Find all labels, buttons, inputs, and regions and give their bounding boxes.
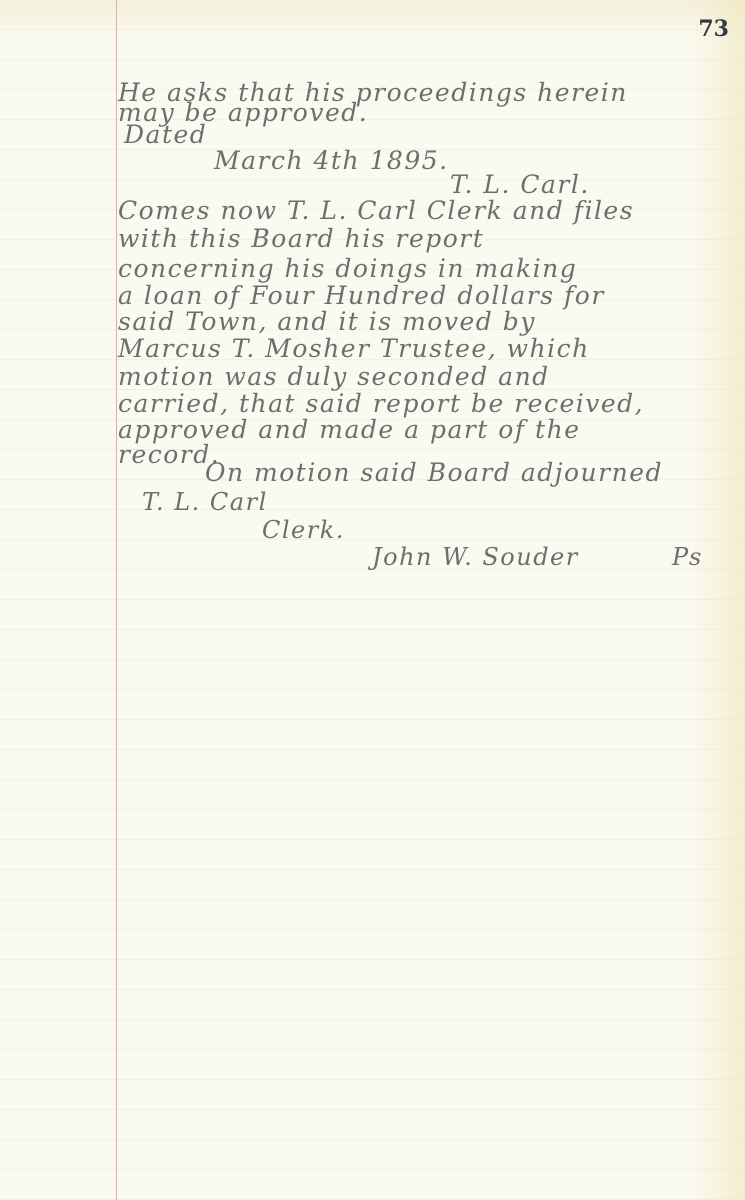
handwritten-line-7: with this Board his report bbox=[118, 226, 484, 251]
handwritten-line-6: Comes now T. L. Carl Clerk and files bbox=[118, 198, 634, 223]
ledger-page: 73 He asks that his proceedings herein m… bbox=[0, 0, 745, 1200]
date-line: March 4th 1895. bbox=[214, 148, 449, 173]
clerk-title: Clerk. bbox=[262, 518, 345, 542]
president-signature: John W. Souder bbox=[372, 545, 579, 569]
handwritten-line-9: a loan of Four Hundred dollars for bbox=[118, 283, 605, 308]
red-margin-line bbox=[116, 0, 117, 1200]
handwritten-line-11: Marcus T. Mosher Trustee, which bbox=[118, 336, 590, 361]
page-number: 73 bbox=[698, 16, 729, 42]
clerk-signature: T. L. Carl bbox=[142, 490, 268, 514]
handwritten-line-8: concerning his doings in making bbox=[118, 256, 577, 281]
handwritten-line-3: Dated bbox=[124, 122, 207, 147]
president-title: Ps bbox=[672, 545, 703, 569]
handwritten-line-13: carried, that said report be received, bbox=[118, 391, 644, 416]
date-signature: T. L. Carl. bbox=[450, 172, 590, 197]
handwritten-line-12: motion was duly seconded and bbox=[118, 364, 550, 389]
adjournment-line: On motion said Board adjourned bbox=[205, 460, 663, 485]
handwritten-line-14: approved and made a part of the bbox=[118, 417, 581, 442]
handwritten-line-10: said Town, and it is moved by bbox=[118, 309, 536, 334]
